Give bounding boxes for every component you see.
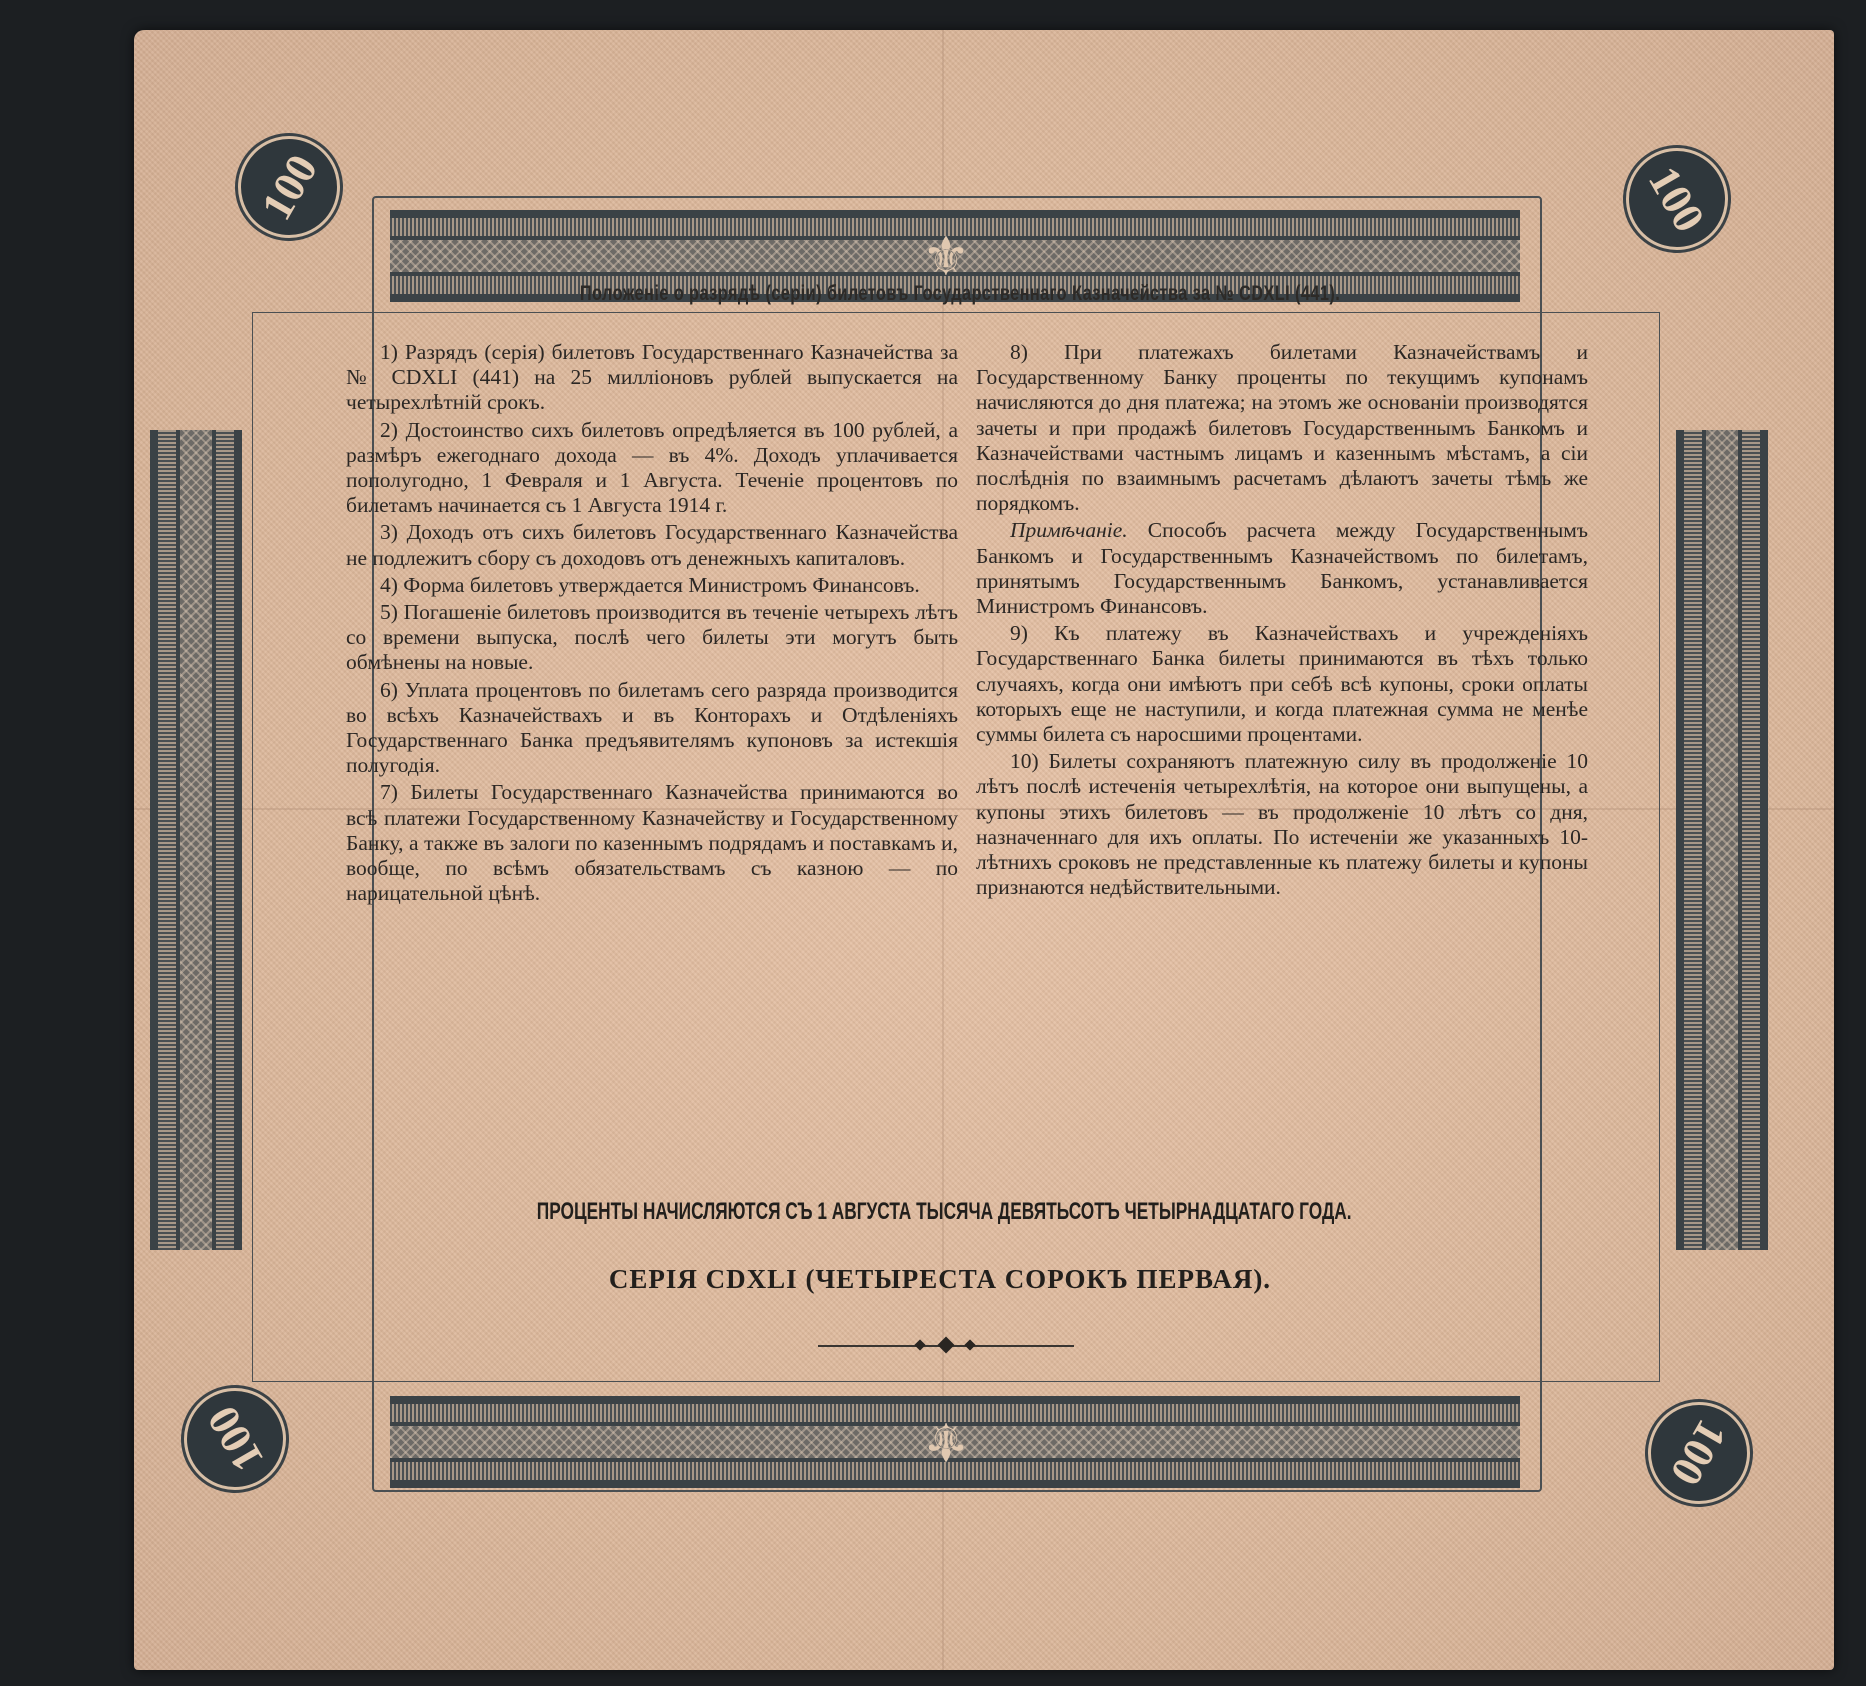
- clause-8: 8) При платежахъ билетами Казначействамъ…: [976, 340, 1588, 516]
- clause-8-note: Примѣчанiе. Способъ расчета между Госуда…: [976, 518, 1588, 619]
- fleur-de-lis-ornament-bottom-icon: ⚜: [916, 1392, 976, 1492]
- clause-4: 4) Форма билетовъ утверждается Министром…: [346, 573, 958, 598]
- ornamental-divider: [818, 1345, 1074, 1347]
- clause-2: 2) Достоинство сихъ билетовъ опредѣляетс…: [346, 418, 958, 519]
- frame-band-right: [1676, 430, 1768, 1250]
- clause-1: 1) Разрядъ (серiя) билетовъ Государствен…: [346, 340, 958, 416]
- clause-3: 3) Доходъ отъ сихъ билетовъ Государствен…: [346, 520, 958, 570]
- regulation-heading: Положенiе о разрядѣ (серiи) билетовъ Гос…: [539, 282, 1381, 306]
- clause-9: 9) Къ платежу въ Казначействахъ и учрежд…: [976, 621, 1588, 747]
- clause-5: 5) Погашенiе билетовъ производится въ те…: [346, 600, 958, 676]
- note-label: Примѣчанiе.: [1010, 518, 1128, 542]
- left-text-column: 1) Разрядъ (серiя) билетовъ Государствен…: [346, 340, 958, 908]
- right-text-column: 8) При платежахъ билетами Казначействамъ…: [976, 340, 1588, 902]
- frame-band-left: [150, 430, 242, 1250]
- clause-7: 7) Билеты Государственнаго Казначейства …: [346, 780, 958, 906]
- series-statement: СЕРIЯ CDXLI (ЧЕТЫРЕСТА СОРОКЪ ПЕРВАЯ).: [380, 1264, 1500, 1295]
- interest-accrual-statement: ПРОЦЕНТЫ НАЧИСЛЯЮТСЯ СЪ 1 АВГУСТА ТЫСЯЧА…: [537, 1198, 1343, 1226]
- clause-10: 10) Билеты сохраняютъ платежную силу въ …: [976, 749, 1588, 900]
- clause-6: 6) Уплата процентовъ по билетамъ сего ра…: [346, 678, 958, 779]
